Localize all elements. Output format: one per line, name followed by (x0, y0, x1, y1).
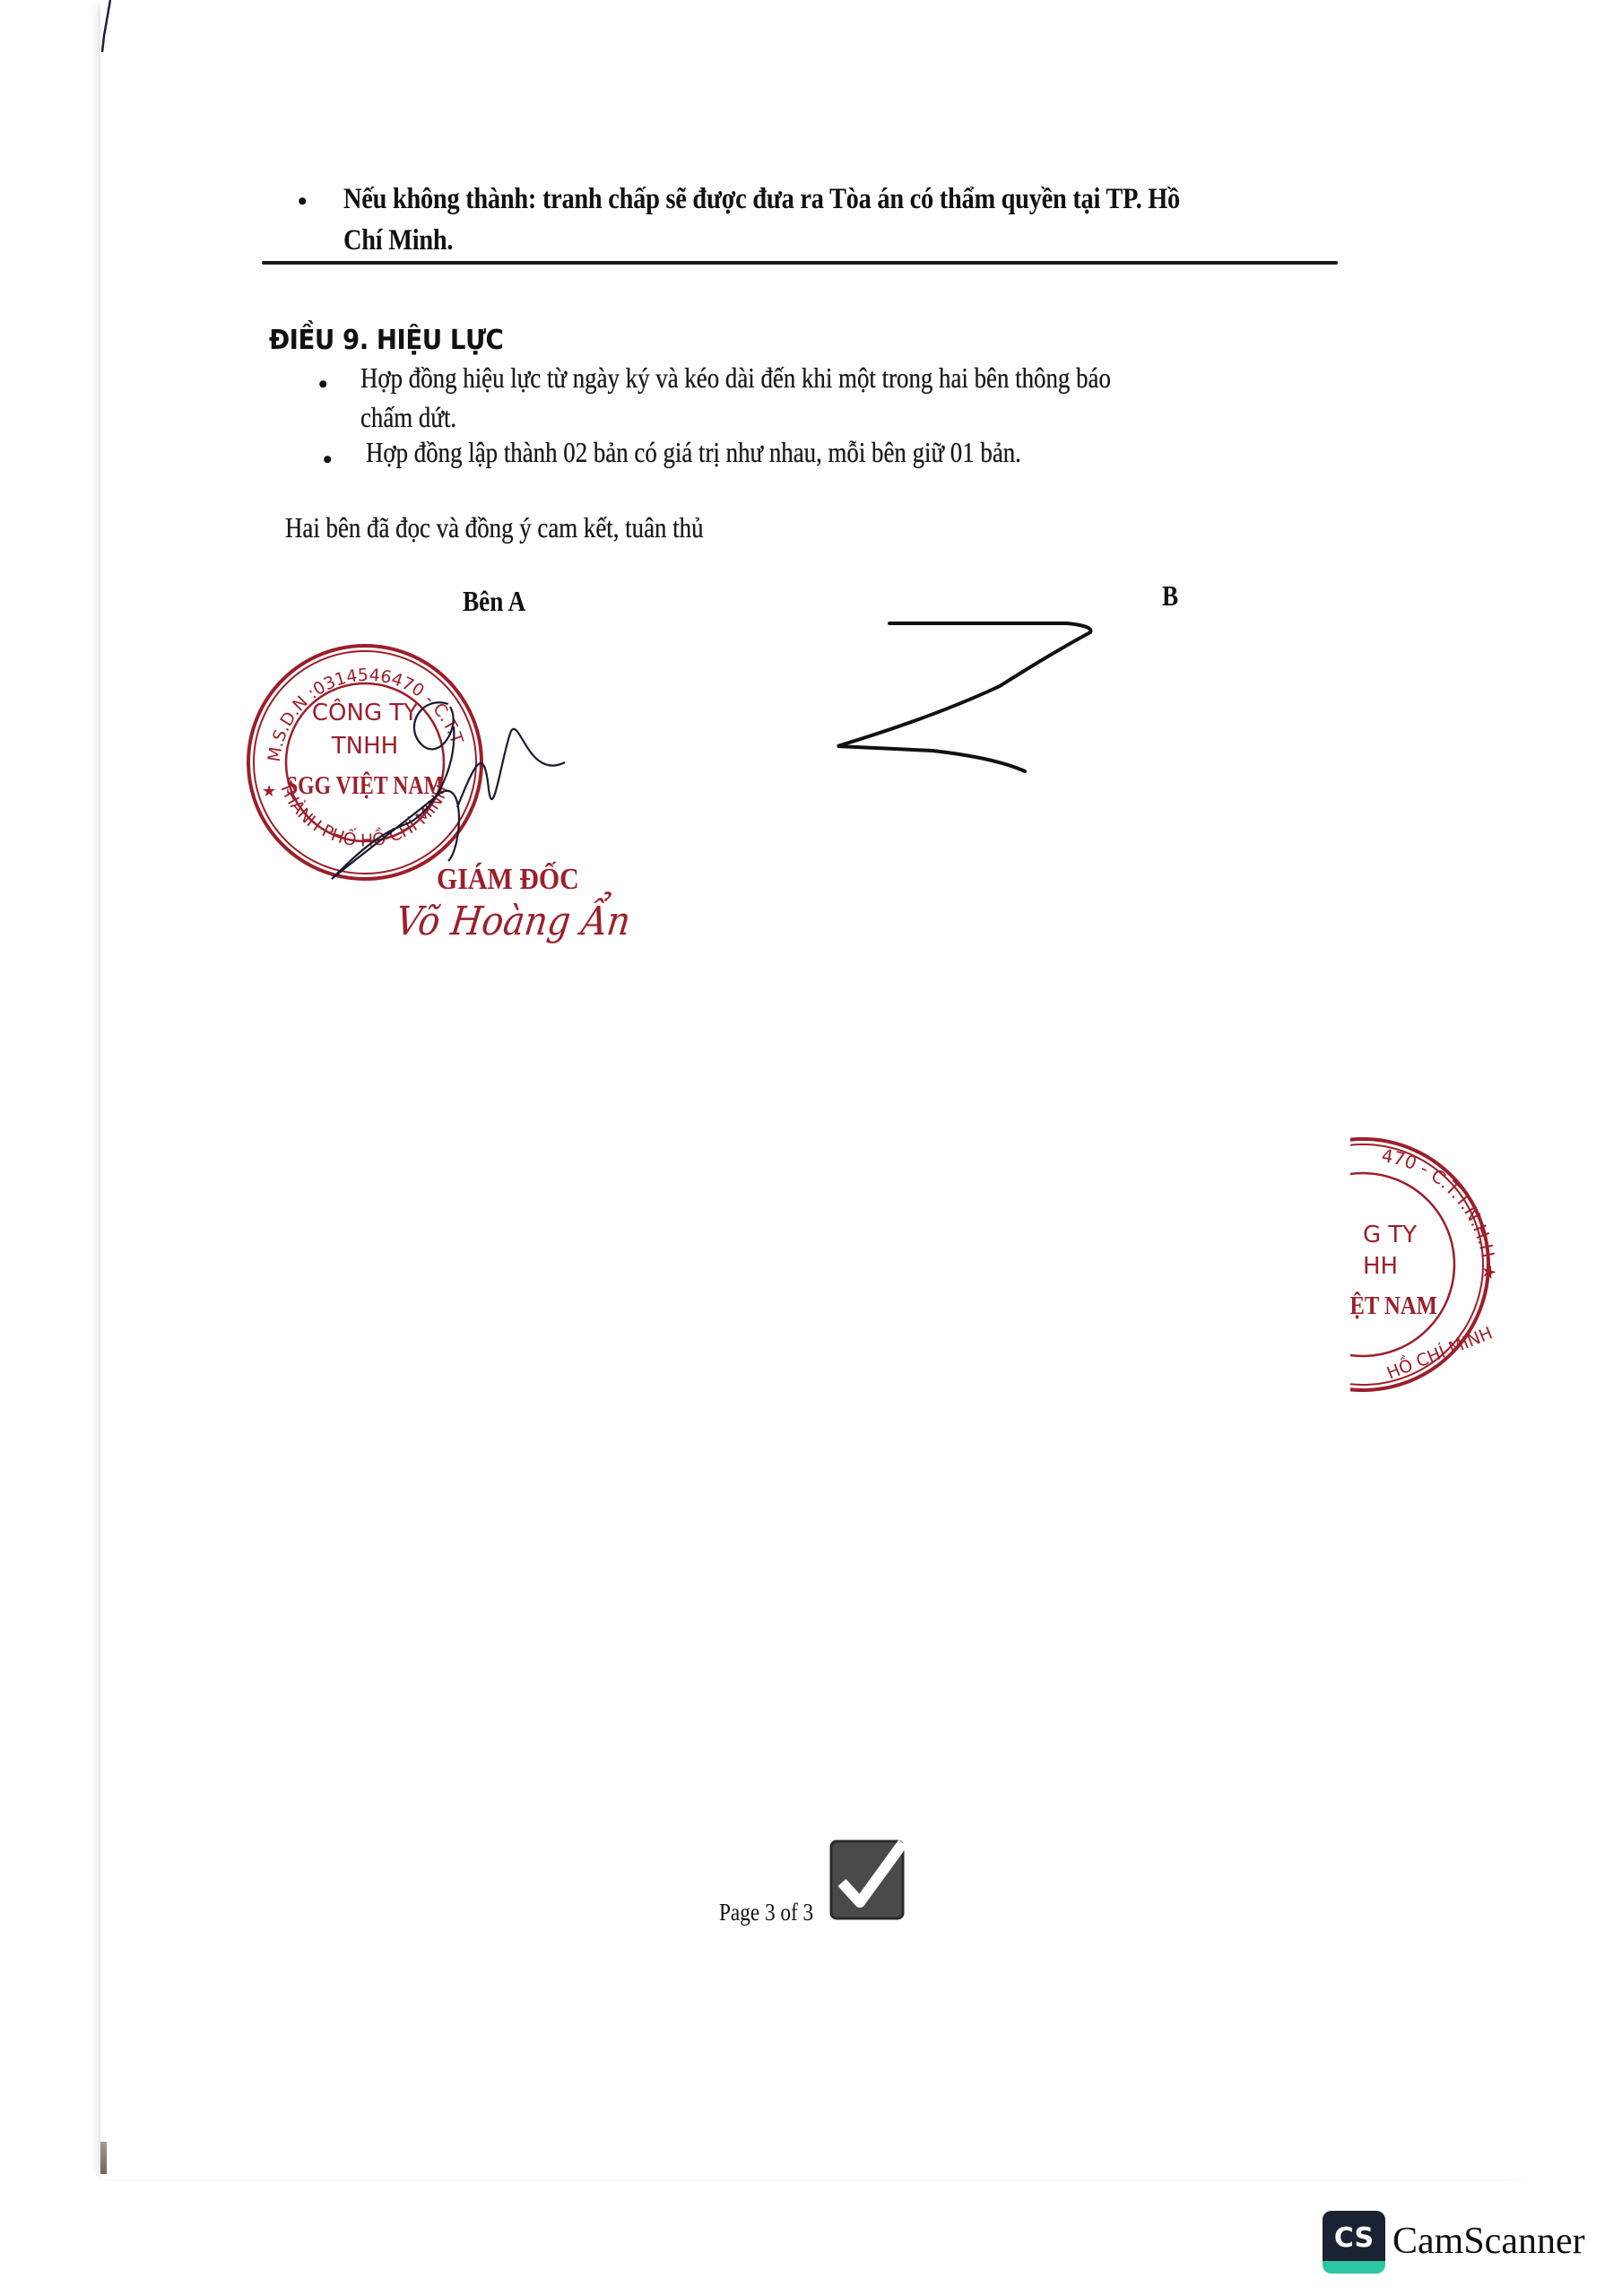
partial-stamp-line1: G TY (1363, 1222, 1417, 1248)
partial-company-stamp: 470 - C.T.T.N.H.H ★ HỒ CHÍ MINH G TY HH … (1327, 1112, 1506, 1417)
partial-stamp-line3: ỆT NAM (1350, 1291, 1437, 1319)
section-heading: ĐIỀU 9. HIỆU LỰC (269, 325, 503, 356)
clause-tail-bold: Tòa án có thẩm quyền tại TP. Hồ (829, 183, 1180, 215)
partial-stamp-bottom: HỒ CHÍ MINH (1383, 1320, 1496, 1384)
section9-bullet-1-line2: chấm dứt. (360, 401, 456, 434)
party-b-signature (825, 592, 1201, 789)
camscanner-logo-icon: CS (1323, 2211, 1385, 2274)
section-divider (262, 261, 1338, 265)
clause-tail-line2: Chí Minh. (343, 224, 453, 257)
bullet-marker: • (323, 445, 333, 475)
page-edge-mark (100, 0, 111, 56)
section9-bullet-2: Hợp đồng lập thành 02 bản có giá trị như… (366, 436, 1021, 469)
party-a-label: Bên A (463, 585, 525, 618)
bullet-marker: • (298, 187, 308, 217)
director-title: GIÁM ĐỐC (437, 863, 579, 897)
section9-bullet-1-line1: Hợp đồng hiệu lực từ ngày ký và kéo dài … (360, 361, 1111, 395)
camscanner-logo-text: CS (1334, 2222, 1374, 2254)
bullet-marker: • (318, 370, 328, 400)
camscanner-brand: CamScanner (1392, 2220, 1585, 2263)
partial-stamp-line2: HH (1363, 1253, 1398, 1280)
partial-stamp-outer: 470 - C.T.T.N.H.H ★ (1380, 1144, 1500, 1281)
svg-text:470 - C.T.T.N.H.H ★: 470 - C.T.T.N.H.H ★ (1380, 1144, 1500, 1281)
clause-tail-normal: Nếu không thành: tranh chấp sẽ được đưa … (343, 183, 829, 215)
clause-tail-line1: Nếu không thành: tranh chấp sẽ được đưa … (343, 183, 1180, 216)
closing-statement: Hai bên đã đọc và đồng ý cam kết, tuân t… (285, 511, 704, 544)
page-edge-tick (100, 2142, 107, 2174)
stamp-star-icon: ★ (262, 782, 276, 800)
page-number: Page 3 of 3 (719, 1899, 813, 1926)
director-name: Võ Hoàng Ẩn (394, 899, 633, 944)
check-mark-icon (829, 1836, 906, 1921)
